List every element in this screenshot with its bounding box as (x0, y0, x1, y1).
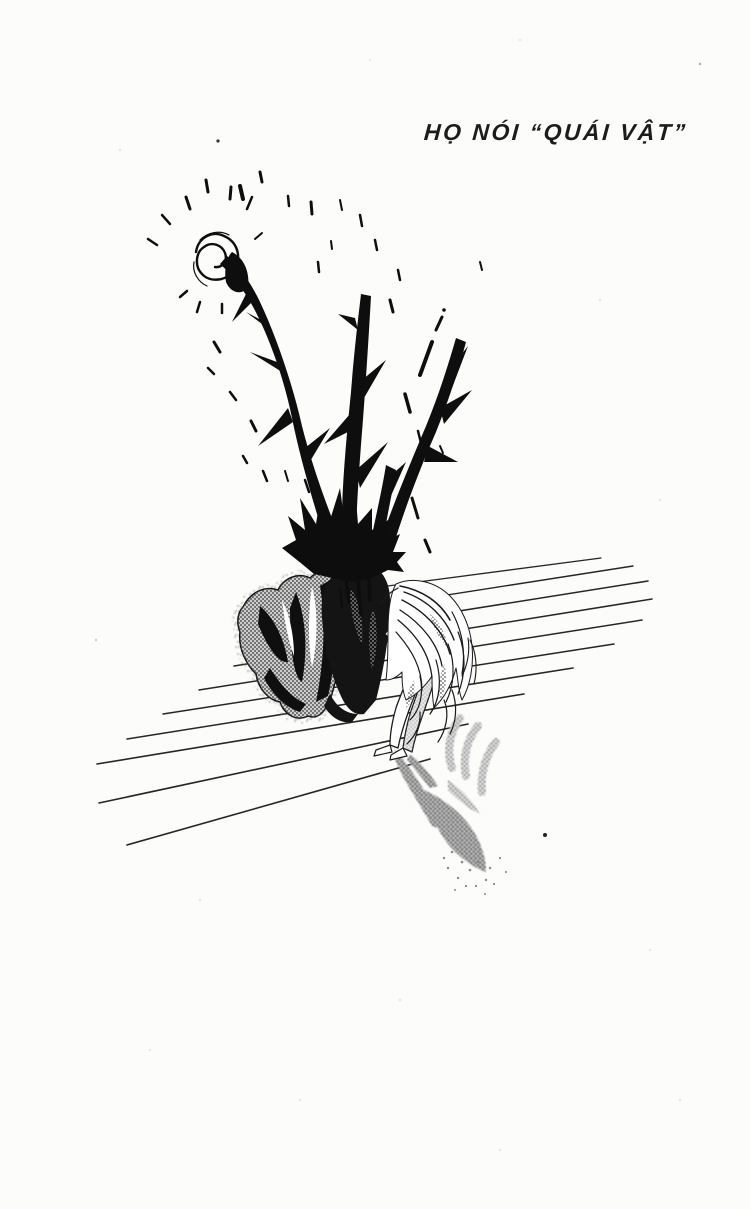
manga-page: HỌ NÓI “QUÁI VẬT” (0, 0, 750, 1209)
blood-splatter (148, 172, 482, 562)
artwork-illustration (0, 0, 750, 1209)
